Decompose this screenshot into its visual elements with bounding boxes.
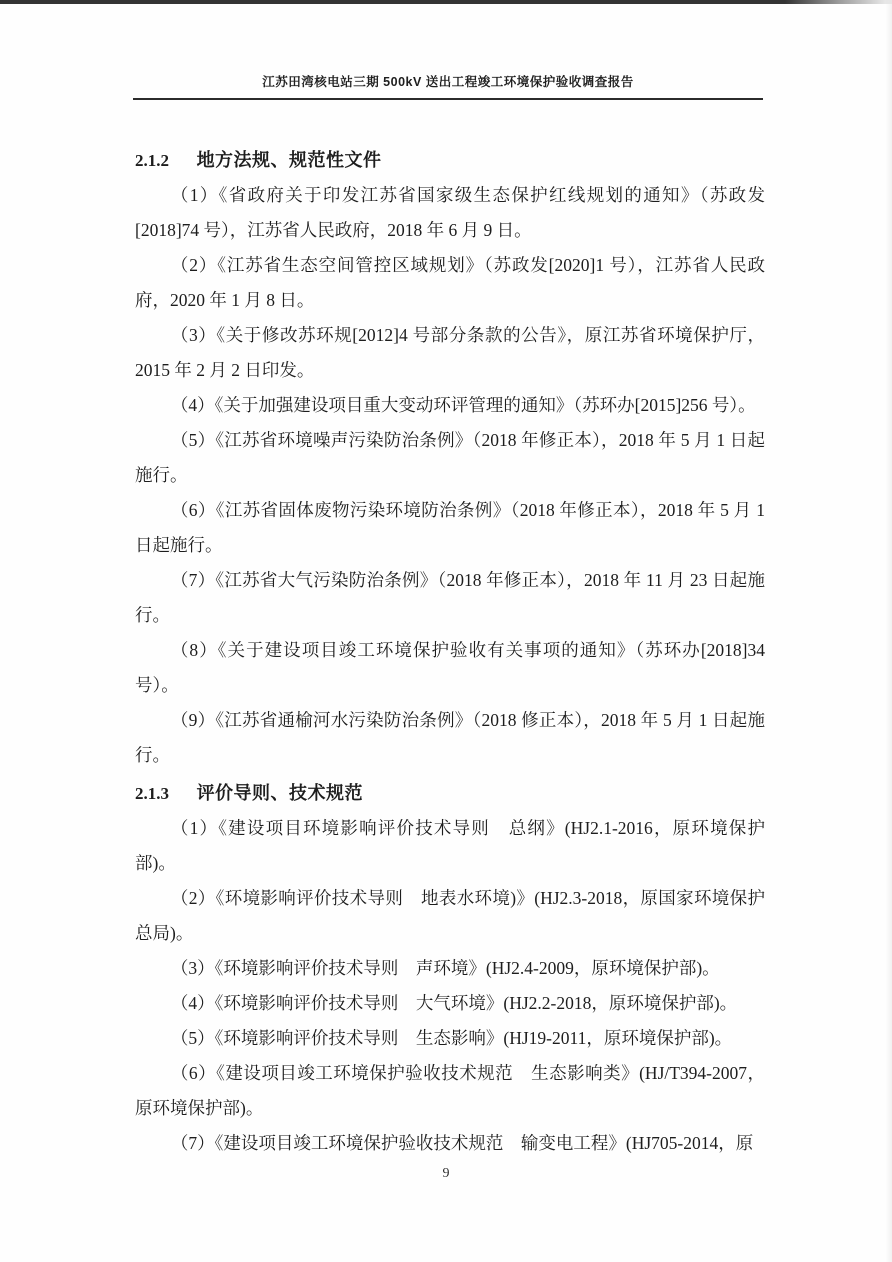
list-item: （4）《环境影响评价技术导则 大气环境》(HJ2.2-2018，原环境保护部)。 — [135, 986, 765, 1021]
list-item: （7）《建设项目竣工环境保护验收技术规范 输变电工程》(HJ705-2014，原 — [135, 1126, 765, 1161]
scan-edge-top — [0, 0, 892, 4]
list-item: （5）《江苏省环境噪声污染防治条例》（2018 年修正本），2018 年 5 月… — [135, 423, 765, 493]
document-body: 2.1.2 地方法规、规范性文件 （1）《省政府关于印发江苏省国家级生态保护红线… — [135, 140, 765, 1161]
section-title: 评价导则、技术规范 — [197, 783, 364, 803]
page-footer: 9 — [0, 1166, 892, 1182]
list-item: （3）《环境影响评价技术导则 声环境》(HJ2.4-2009，原环境保护部)。 — [135, 951, 765, 986]
list-item: （6）《江苏省固体废物污染环境防治条例》（2018 年修正本），2018 年 5… — [135, 493, 765, 563]
list-item: （7）《江苏省大气污染防治条例》（2018 年修正本），2018 年 11 月 … — [135, 563, 765, 633]
list-item: （6）《建设项目竣工环境保护验收技术规范 生态影响类》(HJ/T394-2007… — [135, 1056, 765, 1126]
list-item: （1）《建设项目环境影响评价技术导则 总纲》(HJ2.1-2016，原环境保护部… — [135, 811, 765, 881]
page-number: 9 — [443, 1166, 450, 1181]
running-header-title: 江苏田湾核电站三期 500kV 送出工程竣工环境保护验收调查报告 — [262, 75, 634, 89]
running-header: 江苏田湾核电站三期 500kV 送出工程竣工环境保护验收调查报告 — [133, 72, 763, 100]
list-item: （3）《关于修改苏环规[2012]4 号部分条款的公告》，原江苏省环境保护厅，2… — [135, 318, 765, 388]
list-item: （2）《江苏省生态空间管控区域规划》（苏政发[2020]1 号），江苏省人民政府… — [135, 248, 765, 318]
section-heading-2-1-2: 2.1.2 地方法规、规范性文件 — [135, 140, 765, 178]
section-title: 地方法规、规范性文件 — [197, 150, 382, 170]
list-item: （1）《省政府关于印发江苏省国家级生态保护红线规划的通知》（苏政发[2018]7… — [135, 178, 765, 248]
document-page: 江苏田湾核电站三期 500kV 送出工程竣工环境保护验收调查报告 2.1.2 地… — [0, 0, 892, 1262]
section-number: 2.1.2 — [135, 151, 169, 170]
list-item: （2）《环境影响评价技术导则 地表水环境)》(HJ2.3-2018，原国家环境保… — [135, 881, 765, 951]
section-number: 2.1.3 — [135, 784, 169, 803]
list-item: （4）《关于加强建设项目重大变动环评管理的通知》（苏环办[2015]256 号）… — [135, 388, 765, 423]
list-item: （9）《江苏省通榆河水污染防治条例》（2018 修正本），2018 年 5 月 … — [135, 703, 765, 773]
section-heading-2-1-3: 2.1.3 评价导则、技术规范 — [135, 773, 765, 811]
scan-edge-right — [885, 0, 892, 1262]
list-item: （5）《环境影响评价技术导则 生态影响》(HJ19-2011，原环境保护部)。 — [135, 1021, 765, 1056]
list-item: （8）《关于建设项目竣工环境保护验收有关事项的通知》（苏环办[2018]34 号… — [135, 633, 765, 703]
